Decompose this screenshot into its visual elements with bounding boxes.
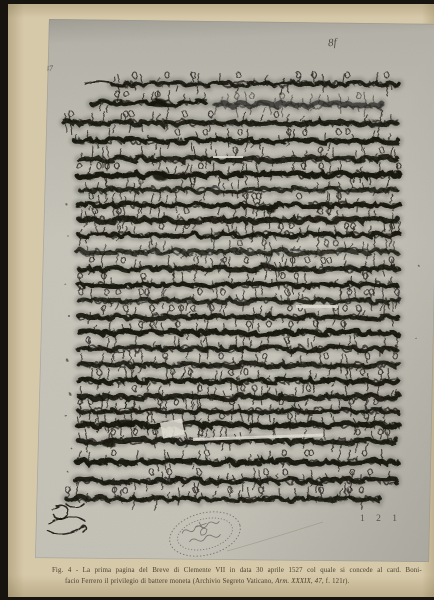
caption: Fig. 4 - La prima pagina del Breve di Cl… [8,566,434,587]
folio-mark: 8f [328,37,337,50]
manuscript-photo: 47 8f 1 2 1 [8,4,434,600]
caption-line-2-text: facio Ferrero il privilegio di battere m… [65,578,275,585]
ink-blot [102,441,116,447]
caption-line-2: facio Ferrero il privilegio di battere m… [65,577,434,588]
book-page: 47 8f 1 2 1 Fig. 4 - La prima pagina del… [8,4,434,597]
folio-number: 1 2 1 [360,514,402,524]
corner-annotation: 47 [45,64,54,74]
caption-folio-reference: f. 121r). [324,578,350,585]
book-page-scan: { "colors": { "frame": "#17130e", "page"… [0,0,434,600]
ink-blot [149,99,167,107]
manuscript-ink [8,4,434,600]
ink-blot [118,419,134,427]
caption-line-1: Fig. 4 - La prima pagina del Breve di Cl… [52,566,434,577]
ink-blot [153,171,169,181]
caption-archive-reference: Arm. XXXIX, 47, [275,578,324,585]
ink-blot [266,207,276,213]
